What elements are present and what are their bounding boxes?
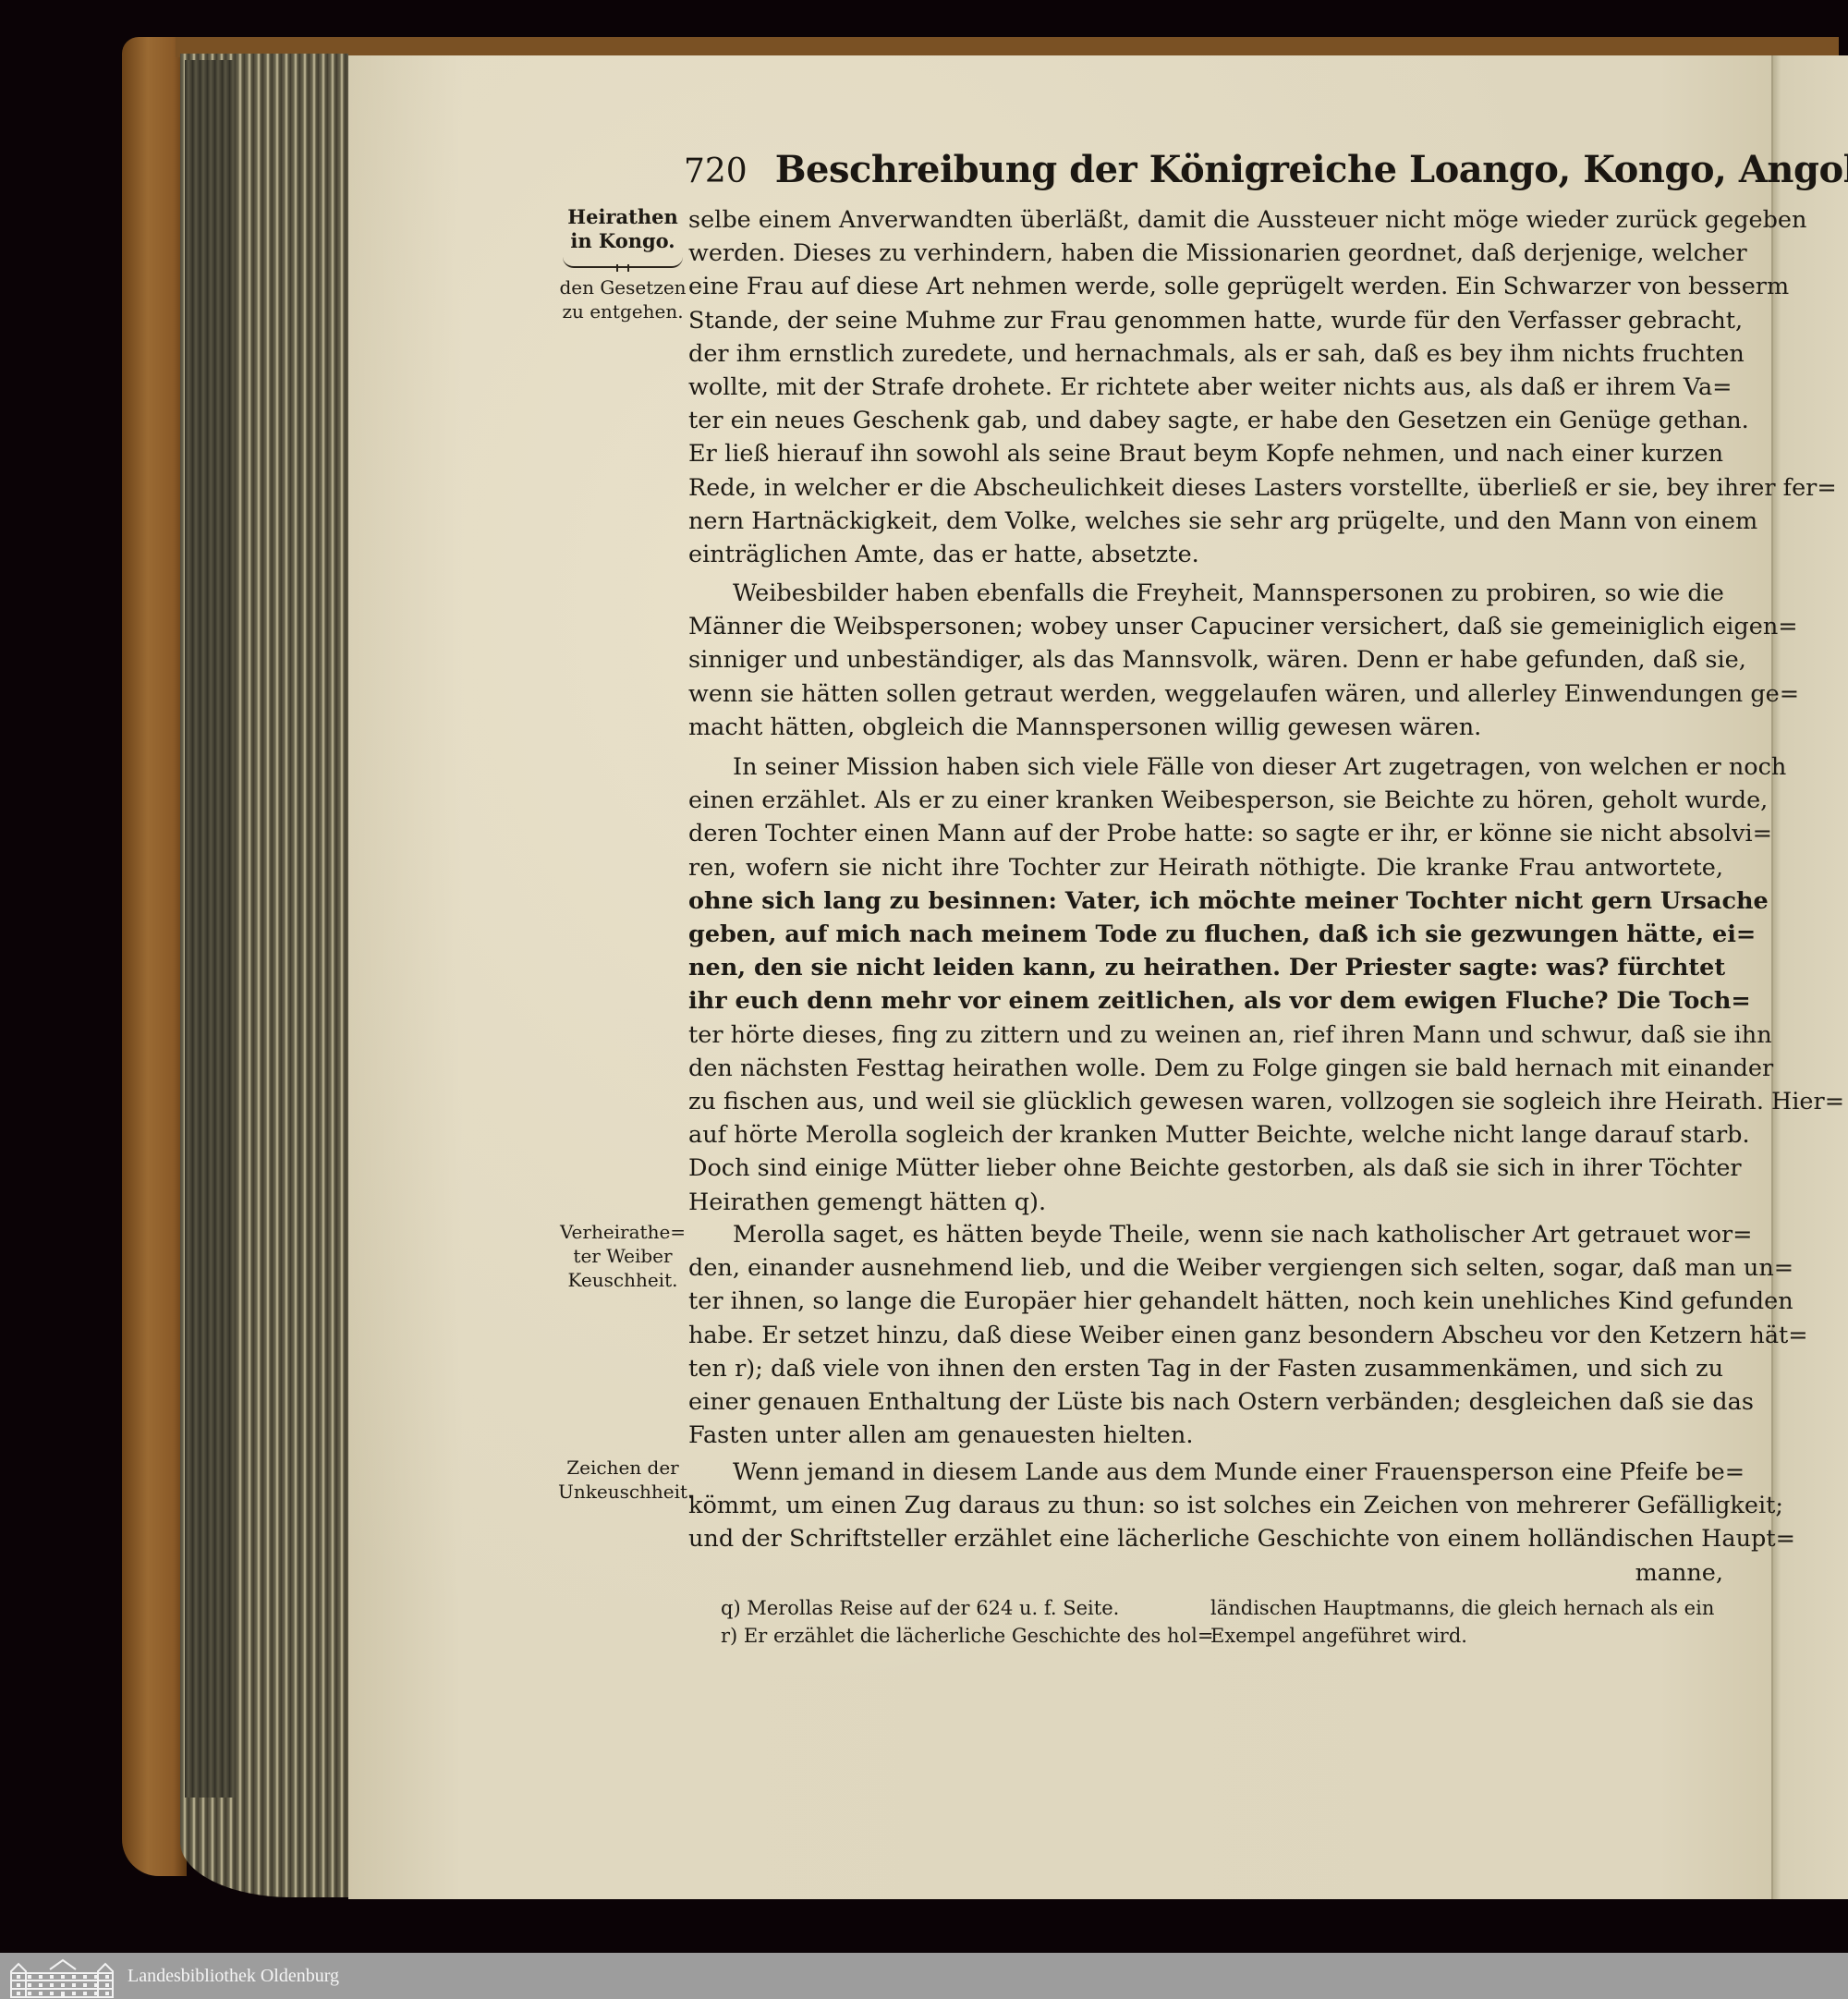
footnote-r-end: Exempel angeführet wird.	[1210, 1622, 1728, 1650]
text-line: zu fischen aus, und weil sie glücklich g…	[688, 1085, 1723, 1118]
book-scan: 720 Beschreibung der Königreiche Loango,…	[0, 0, 1848, 1953]
footnote-q: q) Merollas Reise auf der 624 u. f. Seit…	[721, 1594, 1201, 1622]
text-line: einträglichen Amte, das er hatte, absetz…	[688, 538, 1723, 571]
text-line: Er ließ hierauf ihn sowohl als seine Bra…	[688, 437, 1723, 470]
text-line: ten r); daß viele von ihnen den ersten T…	[688, 1352, 1723, 1385]
text-line-quote: geben, auf mich nach meinem Tode zu fluc…	[688, 918, 1723, 951]
marginal-line: in Kongo.	[558, 229, 687, 253]
text-line: ter ihnen, so lange die Europäer hier ge…	[688, 1285, 1723, 1318]
text-line: ter hörte dieses, fing zu zittern und zu…	[688, 1018, 1723, 1052]
text-line: den nächsten Festtag heirathen wolle. De…	[688, 1052, 1723, 1085]
text-line: ren, wofern sie nicht ihre Tochter zur H…	[688, 851, 1723, 884]
text-line: selbe einem Anverwandten überläßt, damit…	[688, 203, 1723, 237]
marginal-line: Unkeuschheit.	[558, 1480, 687, 1504]
marginal-line: Keuschheit.	[558, 1268, 687, 1292]
text-line: Doch sind einige Mütter lieber ohne Beic…	[688, 1152, 1723, 1185]
curly-brace-icon	[563, 253, 683, 268]
facing-page-edge	[1771, 55, 1848, 1899]
running-head: 720 Beschreibung der Königreiche Loango,…	[684, 148, 1719, 203]
catchword: manne,	[688, 1556, 1723, 1590]
marginal-line: ter Weiber	[558, 1244, 687, 1268]
marginal-line: zu entgehen.	[558, 299, 687, 323]
marginal-line: den Gesetzen	[558, 275, 687, 299]
paragraph-5: Wenn jemand in diesem Lande aus dem Mund…	[688, 1456, 1723, 1590]
text-line: Fasten unter allen am genauesten hielten…	[688, 1419, 1723, 1452]
text-line: werden. Dieses zu verhindern, haben die …	[688, 237, 1723, 270]
text-line: der ihm ernstlich zuredete, und hernachm…	[688, 337, 1723, 371]
page-edges-inner	[185, 60, 236, 1798]
paragraph-2: Weibesbilder haben ebenfalls die Freyhei…	[688, 577, 1723, 744]
footnotes: q) Merollas Reise auf der 624 u. f. Seit…	[721, 1594, 1728, 1650]
text-line: macht hätten, obgleich die Mannspersonen…	[688, 711, 1723, 744]
text-line: sinniger und unbeständiger, als das Mann…	[688, 643, 1723, 676]
book-cover-spine	[122, 37, 187, 1876]
paragraph-1: selbe einem Anverwandten überläßt, damit…	[688, 203, 1723, 571]
text-line: Weibesbilder haben ebenfalls die Freyhei…	[688, 577, 1723, 610]
marginal-note-gesetzen-entgehen: den Gesetzen zu entgehen.	[558, 275, 687, 323]
marginal-line: Heirathen	[558, 205, 687, 229]
text-line: deren Tochter einen Mann auf der Probe h…	[688, 817, 1723, 850]
paragraph-3: In seiner Mission haben sich viele Fälle…	[688, 750, 1723, 1219]
text-line: auf hörte Merolla sogleich der kranken M…	[688, 1118, 1723, 1152]
institution-name: Landesbibliothek Oldenburg	[128, 1966, 339, 1987]
text-line: den, einander ausnehmend lieb, und die W…	[688, 1251, 1723, 1285]
paragraph-4: Merolla saget, es hätten beyde Theile, w…	[688, 1218, 1723, 1452]
text-line-quote: ohne sich lang zu besinnen: Vater, ich m…	[688, 884, 1723, 918]
text-line-quote: nen, den sie nicht leiden kann, zu heira…	[688, 951, 1723, 984]
footer-bar: Landesbibliothek Oldenburg	[0, 1953, 1848, 1999]
book-cover-top-edge	[176, 37, 1839, 57]
footnote-r: r) Er erzählet die lächerliche Geschicht…	[721, 1622, 1201, 1650]
text-line: und der Schriftsteller erzählet eine läc…	[688, 1522, 1723, 1555]
text-line: ter ein neues Geschenk gab, und dabey sa…	[688, 404, 1723, 437]
text-line: Wenn jemand in diesem Lande aus dem Mund…	[688, 1456, 1723, 1489]
text-line: Rede, in welcher er die Abscheulichkeit …	[688, 471, 1723, 505]
text-line-quote: ihr euch denn mehr vor einem zeitlichen,…	[688, 984, 1723, 1018]
text-line: Merolla saget, es hätten beyde Theile, w…	[688, 1218, 1723, 1251]
text-line: wollte, mit der Strafe drohete. Er richt…	[688, 371, 1723, 404]
marginal-note-heirathen-in-kongo: Heirathen in Kongo.	[558, 205, 687, 268]
marginal-line: Verheirathe=	[558, 1220, 687, 1244]
text-line: In seiner Mission haben sich viele Fälle…	[688, 750, 1723, 784]
library-building-icon	[7, 1958, 116, 1999]
text-line: Heirathen gemengt hätten q).	[688, 1186, 1723, 1219]
text-line: einen erzählet. Als er zu einer kranken …	[688, 784, 1723, 817]
running-head-title: Beschreibung der Königreiche Loango, Kon…	[775, 148, 1848, 191]
marginal-line: Zeichen der	[558, 1456, 687, 1480]
text-line: habe. Er setzet hinzu, daß diese Weiber …	[688, 1319, 1723, 1352]
marginal-note-unkeuschheit: Zeichen der Unkeuschheit.	[558, 1456, 687, 1504]
text-line: Männer die Weibspersonen; wobey unser Ca…	[688, 610, 1723, 643]
text-line: einer genauen Enthaltung der Lüste bis n…	[688, 1385, 1723, 1419]
text-line: nern Hartnäckigkeit, dem Volke, welches …	[688, 505, 1723, 538]
text-line: eine Frau auf diese Art nehmen werde, so…	[688, 270, 1723, 303]
text-line: Stande, der seine Muhme zur Frau genomme…	[688, 304, 1723, 337]
text-line: wenn sie hätten sollen getraut werden, w…	[688, 677, 1723, 711]
footnote-r-continued: ländischen Hauptmanns, die gleich hernac…	[1210, 1594, 1728, 1622]
marginal-note-keuschheit: Verheirathe= ter Weiber Keuschheit.	[558, 1220, 687, 1292]
text-line: kömmt, um einen Zug daraus zu thun: so i…	[688, 1489, 1723, 1522]
page-number: 720	[684, 152, 748, 190]
